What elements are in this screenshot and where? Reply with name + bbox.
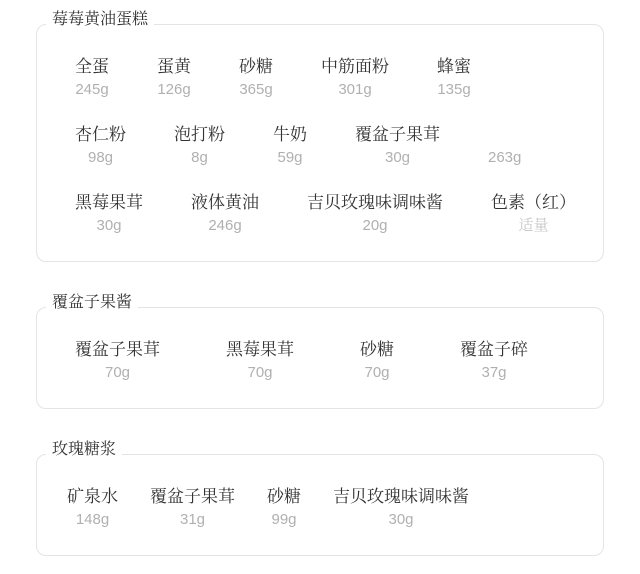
ingredient-name: 矿泉水 (67, 485, 118, 509)
ingredient-amount: 37g (460, 364, 528, 382)
ingredient-item: 砂糖365g (239, 55, 273, 99)
ingredient-name: 砂糖 (360, 338, 394, 362)
ingredient-amount: 30g (333, 511, 469, 529)
ingredient-amount: 8g (174, 149, 225, 167)
ingredient-name: 黑莓果茸 (75, 191, 143, 215)
ingredient-name: 黑莓果茸 (226, 338, 294, 362)
ingredient-row: 覆盆子果茸70g黑莓果茸70g砂糖70g覆盆子碎37g (75, 338, 583, 382)
ingredient-amount: 70g (226, 364, 294, 382)
ingredient-name: 吉贝玫瑰味调味酱 (307, 191, 443, 215)
section-title: 玫瑰糖浆 (46, 440, 122, 460)
ingredient-amount: 246g (191, 217, 259, 235)
ingredient-name: 杏仁粉 (75, 123, 126, 147)
sections-container: 莓莓黄油蛋糕全蛋245g蛋黄126g砂糖365g中筋面粉301g蜂蜜135g杏仁… (0, 0, 640, 556)
ingredient-row: 全蛋245g蛋黄126g砂糖365g中筋面粉301g蜂蜜135g (75, 55, 583, 99)
ingredient-amount: 30g (75, 217, 143, 235)
ingredient-row: 黑莓果茸30g液体黄油246g吉贝玫瑰味调味酱20g色素（红）适量 (75, 191, 583, 235)
ingredient-amount: 301g (321, 81, 389, 99)
ingredient-amount: 70g (360, 364, 394, 382)
section-card: 莓莓黄油蛋糕全蛋245g蛋黄126g砂糖365g中筋面粉301g蜂蜜135g杏仁… (36, 24, 604, 262)
ingredient-item: 蛋黄126g (157, 55, 191, 99)
ingredient-row: 矿泉水148g覆盆子果茸31g砂糖99g吉贝玫瑰味调味酱30g (67, 485, 583, 529)
ingredient-name: 吉贝玫瑰味调味酱 (333, 485, 469, 509)
ingredient-item: 吉贝玫瑰味调味酱30g (333, 485, 469, 529)
ingredient-item: 黑莓果茸30g (75, 191, 143, 235)
ingredient-name: 全蛋 (75, 55, 109, 79)
ingredient-item: 矿泉水148g (67, 485, 118, 529)
ingredient-name: 蜂蜜 (437, 55, 471, 79)
ingredient-amount: 245g (75, 81, 109, 99)
ingredient-name: 泡打粉 (174, 123, 225, 147)
ingredient-item: 砂糖99g (267, 485, 301, 529)
ingredient-item: 液体黄油246g (191, 191, 259, 235)
ingredient-item: 中筋面粉301g (321, 55, 389, 99)
ingredient-item: 蜂蜜135g (437, 55, 471, 99)
ingredient-amount: 59g (273, 149, 307, 167)
ingredient-item: 全蛋245g (75, 55, 109, 99)
ingredient-name: 色素（红） (491, 191, 576, 215)
ingredient-item: 覆盆子果茸70g (75, 338, 160, 382)
ingredient-item: 覆盆子果茸30g (355, 123, 440, 167)
ingredient-name: 砂糖 (267, 485, 301, 509)
ingredient-name: 覆盆子碎 (460, 338, 528, 362)
ingredient-item: 砂糖70g (360, 338, 394, 382)
ingredient-amount: 99g (267, 511, 301, 529)
ingredient-amount: 31g (150, 511, 235, 529)
ingredient-item: 覆盆子果茸31g (150, 485, 235, 529)
section-card: 玫瑰糖浆矿泉水148g覆盆子果茸31g砂糖99g吉贝玫瑰味调味酱30g (36, 454, 604, 556)
ingredient-amount: 适量 (491, 217, 576, 235)
ingredient-amount: 135g (437, 81, 471, 99)
ingredient-name: 覆盆子果茸 (75, 338, 160, 362)
ingredient-amount: 20g (307, 217, 443, 235)
ingredient-name: 覆盆子果茸 (150, 485, 235, 509)
ingredient-item: 覆盆子碎37g (460, 338, 528, 382)
ingredient-name: 液体黄油 (191, 191, 259, 215)
ingredient-amount: 98g (75, 149, 126, 167)
ingredient-name: 牛奶 (273, 123, 307, 147)
ingredient-item: 杏仁粉98g (75, 123, 126, 167)
ingredient-amount: 126g (157, 81, 191, 99)
ingredient-item: 黑莓果茸70g (226, 338, 294, 382)
section-title: 莓莓黄油蛋糕 (46, 10, 154, 30)
ingredient-name: 中筋面粉 (321, 55, 389, 79)
ingredient-item: 牛奶59g (273, 123, 307, 167)
recipe-page: 莓莓黄油蛋糕全蛋245g蛋黄126g砂糖365g中筋面粉301g蜂蜜135g杏仁… (0, 0, 640, 556)
ingredient-item: 吉贝玫瑰味调味酱20g (307, 191, 443, 235)
ingredient-row: 杏仁粉98g泡打粉8g牛奶59g覆盆子果茸30g263g (75, 123, 583, 167)
ingredient-name: 覆盆子果茸 (355, 123, 440, 147)
ingredient-amount: 70g (75, 364, 160, 382)
ingredient-name: 砂糖 (239, 55, 273, 79)
section-title: 覆盆子果酱 (46, 293, 138, 313)
ingredient-item: 泡打粉8g (174, 123, 225, 167)
ingredient-amount: 365g (239, 81, 273, 99)
ingredient-amount: 148g (67, 511, 118, 529)
ingredient-name (488, 123, 521, 147)
ingredient-item: 色素（红）适量 (491, 191, 576, 235)
section-card: 覆盆子果酱覆盆子果茸70g黑莓果茸70g砂糖70g覆盆子碎37g (36, 307, 604, 409)
ingredient-name: 蛋黄 (157, 55, 191, 79)
ingredient-amount: 30g (355, 149, 440, 167)
ingredient-item: 263g (488, 123, 521, 167)
ingredient-amount: 263g (488, 149, 521, 167)
